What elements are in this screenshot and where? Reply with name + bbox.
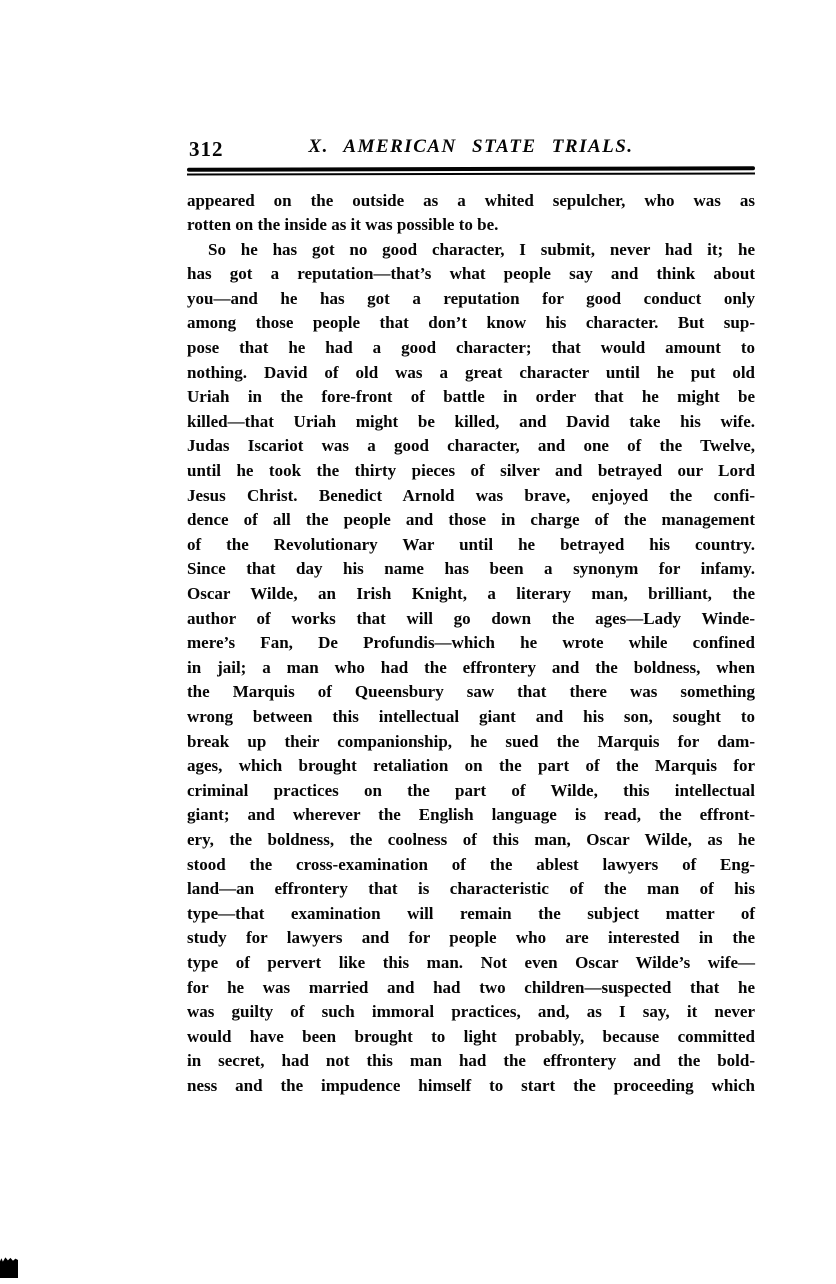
text-line: Since that day his name has been a synon… bbox=[187, 557, 755, 582]
text-line: type of pervert like this man. Not even … bbox=[187, 951, 755, 976]
text-line: Jesus Christ. Benedict Arnold was brave,… bbox=[187, 484, 755, 509]
text-line: author of works that will go down the ag… bbox=[187, 607, 755, 632]
text-line: the Marquis of Queensbury saw that there… bbox=[187, 680, 755, 705]
page-body: appeared on the outside as a whited sepu… bbox=[187, 189, 755, 1099]
ink-blot bbox=[0, 1257, 18, 1278]
header-rule-thin bbox=[187, 173, 755, 175]
text-line: criminal practices on the part of Wilde,… bbox=[187, 779, 755, 804]
text-line: ness and the impudence himself to start … bbox=[187, 1074, 755, 1099]
text-line: killed—that Uriah might be killed, and D… bbox=[187, 410, 755, 435]
text-line: giant; and wherever the English language… bbox=[187, 803, 755, 828]
text-line: until he took the thirty pieces of silve… bbox=[187, 459, 755, 484]
running-title: X. AMERICAN STATE TRIALS. bbox=[187, 136, 755, 158]
header-rule-thick bbox=[187, 166, 755, 171]
text-line: has got a reputation—that’s what people … bbox=[187, 262, 755, 287]
text-line: in jail; a man who had the effrontery an… bbox=[187, 656, 755, 681]
text-line: ery, the boldness, the coolness of this … bbox=[187, 828, 755, 853]
text-line: appeared on the outside as a whited sepu… bbox=[187, 189, 755, 214]
text-line: dence of all the people and those in cha… bbox=[187, 508, 755, 533]
text-line: study for lawyers and for people who are… bbox=[187, 926, 755, 951]
page-number: 312 bbox=[189, 137, 224, 162]
text-line: you—and he has got a reputation for good… bbox=[187, 287, 755, 312]
text-line: wrong between this intellectual giant an… bbox=[187, 705, 755, 730]
text-line: Uriah in the fore-front of battle in ord… bbox=[187, 385, 755, 410]
page-header: 312 X. AMERICAN STATE TRIALS. bbox=[187, 136, 755, 162]
text-line: So he has got no good character, I submi… bbox=[187, 238, 755, 263]
text-line: mere’s Fan, De Profundis—which he wrote … bbox=[187, 631, 755, 656]
text-line: nothing. David of old was a great charac… bbox=[187, 361, 755, 386]
header-rule bbox=[187, 167, 755, 175]
book-page: 312 X. AMERICAN STATE TRIALS. appeared o… bbox=[187, 136, 755, 1098]
text-line: in secret, had not this man had the effr… bbox=[187, 1049, 755, 1074]
text-line: break up their companionship, he sued th… bbox=[187, 730, 755, 755]
text-line: of the Revolutionary War until he betray… bbox=[187, 533, 755, 558]
text-line: stood the cross-examination of the ables… bbox=[187, 853, 755, 878]
text-line: was guilty of such immoral practices, an… bbox=[187, 1000, 755, 1025]
text-line: among those people that don’t know his c… bbox=[187, 311, 755, 336]
text-line: Oscar Wilde, an Irish Knight, a literary… bbox=[187, 582, 755, 607]
text-line: rotten on the inside as it was possible … bbox=[187, 213, 755, 238]
text-line: Judas Iscariot was a good character, and… bbox=[187, 434, 755, 459]
text-line: would have been brought to light probabl… bbox=[187, 1025, 755, 1050]
text-line: for he was married and had two children—… bbox=[187, 976, 755, 1001]
text-line: land—an effrontery that is characteristi… bbox=[187, 877, 755, 902]
text-line: ages, which brought retaliation on the p… bbox=[187, 754, 755, 779]
text-line: type—that examination will remain the su… bbox=[187, 902, 755, 927]
text-line: pose that he had a good character; that … bbox=[187, 336, 755, 361]
